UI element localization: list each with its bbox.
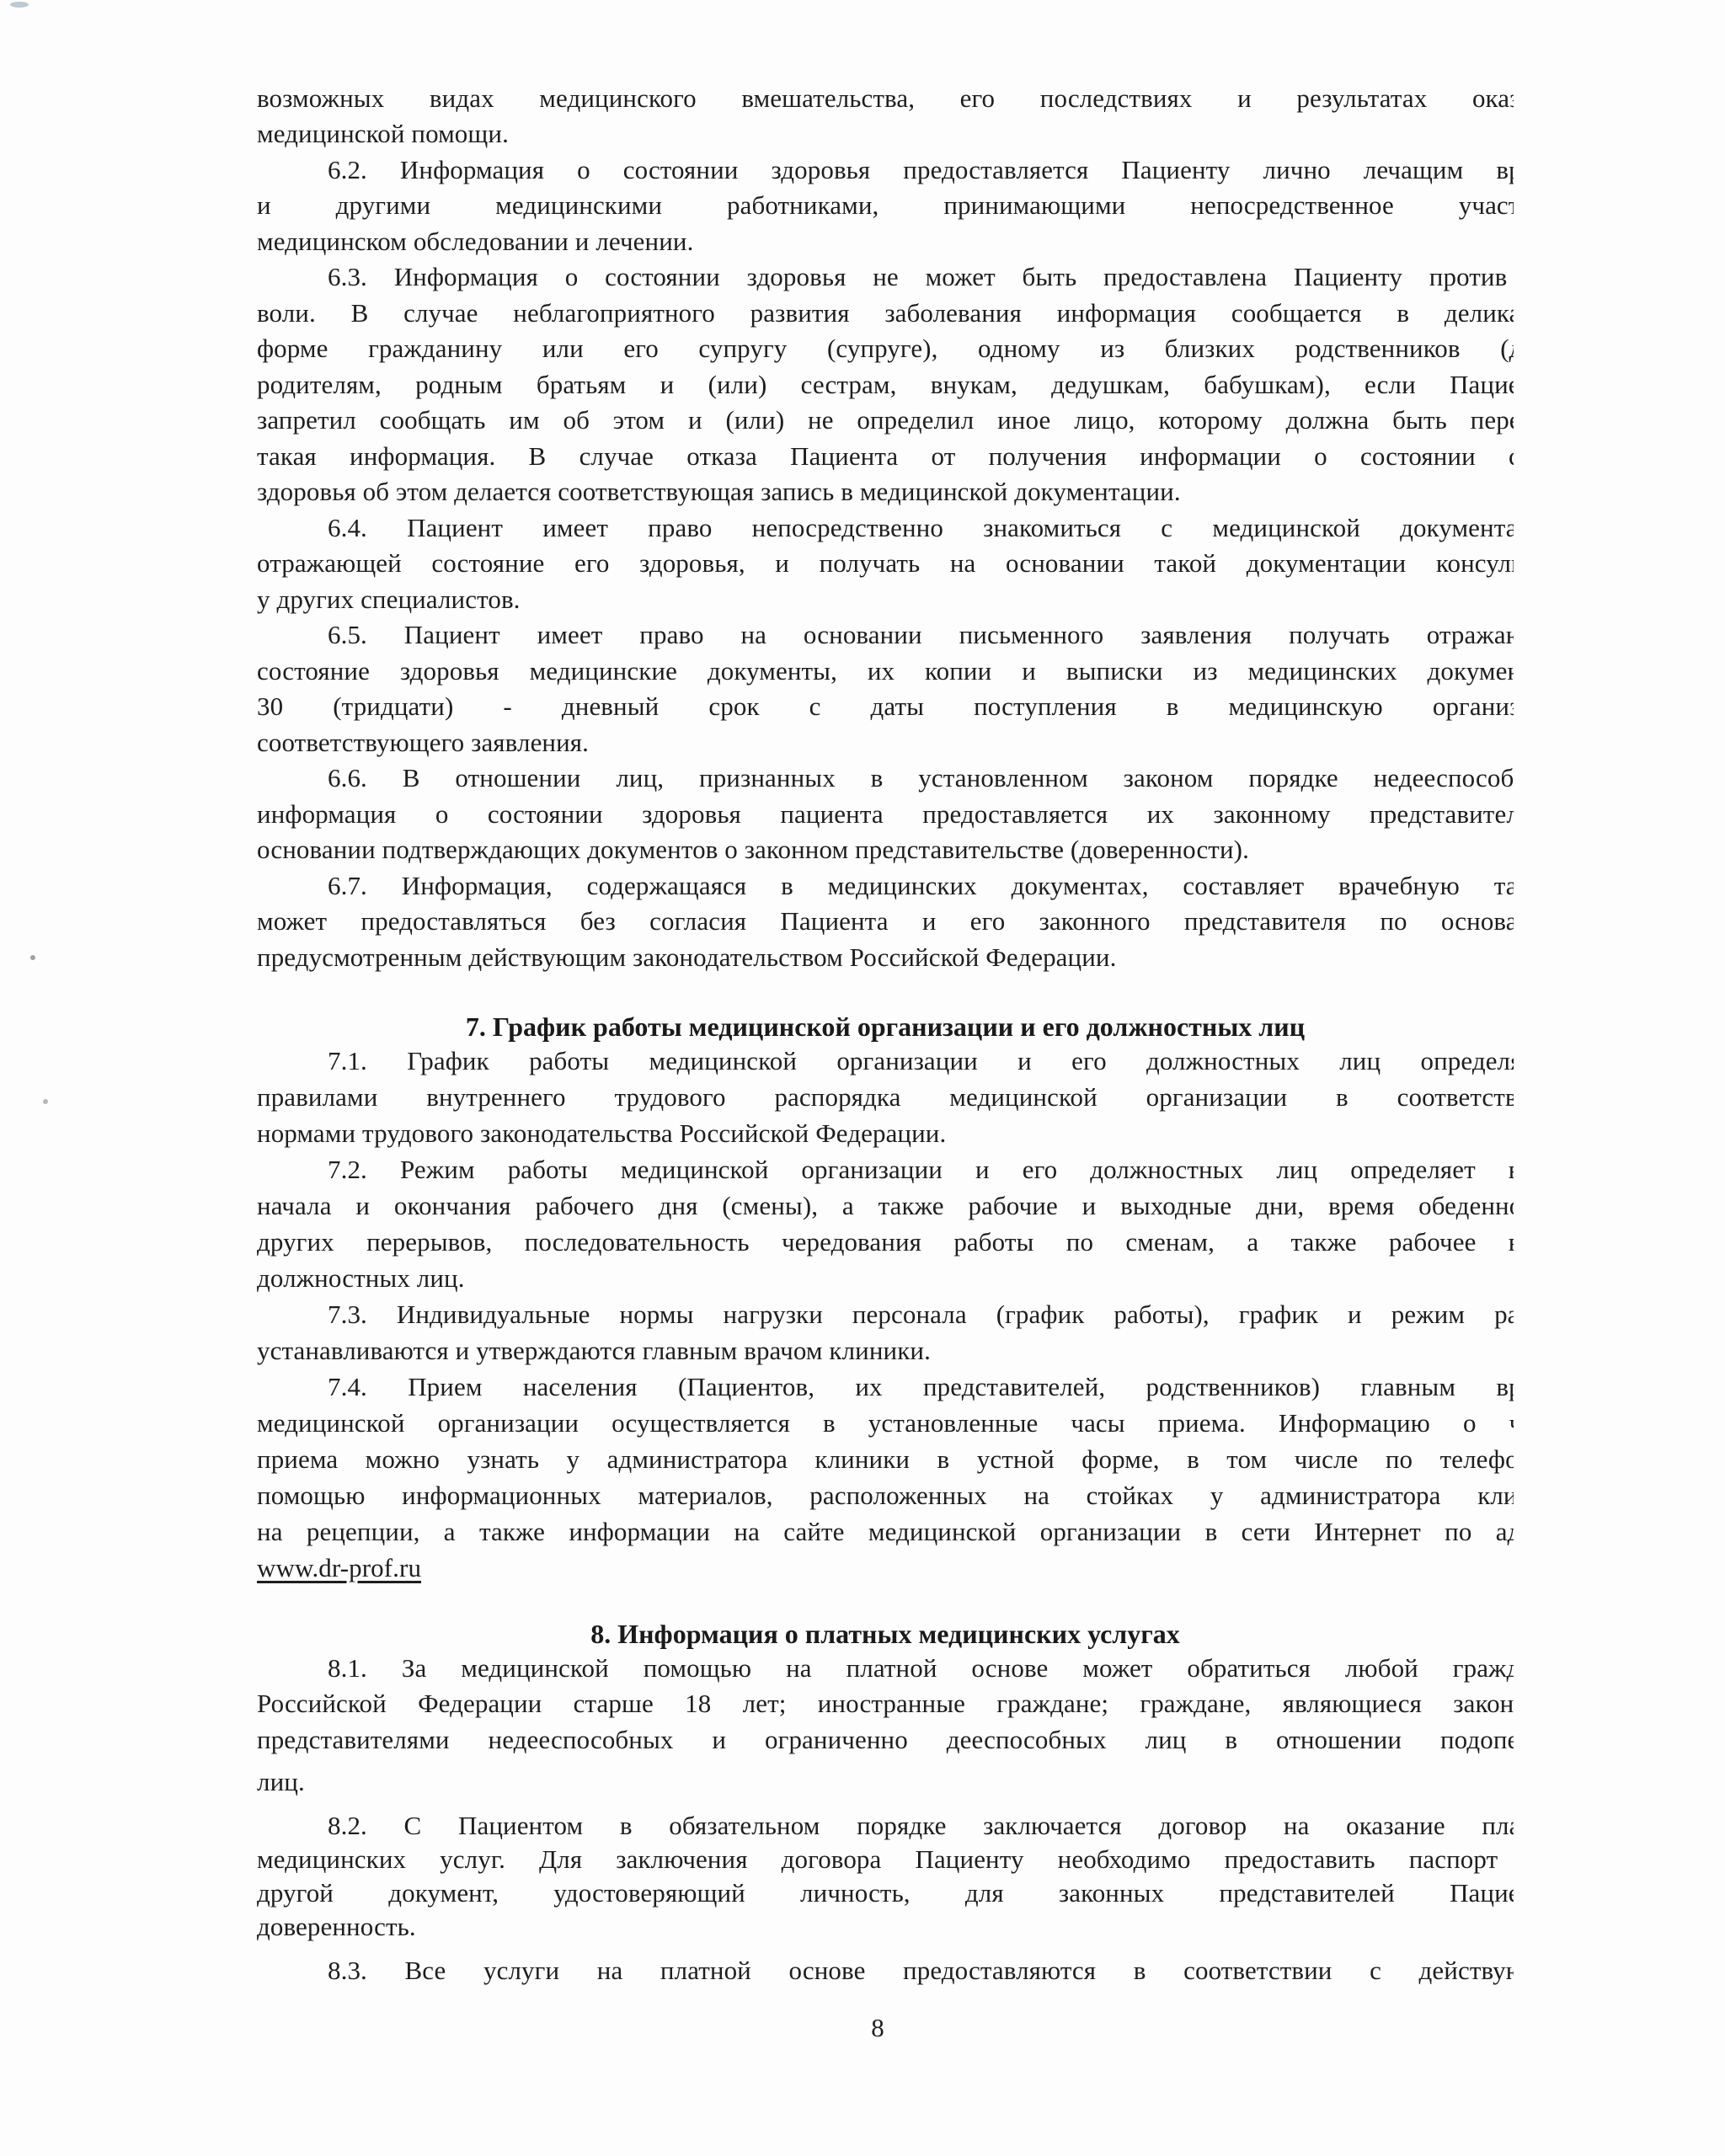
text-line: запретил сообщать им об этом и (или) не … bbox=[257, 403, 1514, 437]
text-line: основании подтверждающих документов о за… bbox=[257, 833, 1249, 867]
text-line: родителям, родным братьям и (или) сестра… bbox=[257, 368, 1514, 402]
text-line: доверенность. bbox=[257, 1910, 416, 1944]
text-line: должностных лиц. bbox=[257, 1262, 465, 1295]
scanned-page: возможных видах медицинского вмешательст… bbox=[0, 0, 1725, 2156]
text-line: представителями недееспособных и огранич… bbox=[257, 1723, 1514, 1757]
text-line: других перерывов, последовательность чер… bbox=[257, 1225, 1514, 1259]
text-line: воли. В случае неблагоприятного развития… bbox=[257, 296, 1514, 330]
website-link[interactable]: www.dr-prof.ru bbox=[257, 1553, 421, 1582]
scan-speck bbox=[30, 955, 35, 960]
paragraph-7-3: 7.3. Индивидуальные нормы нагрузки персо… bbox=[328, 1298, 1514, 1331]
text-line: такая информация. В случае отказа Пациен… bbox=[257, 440, 1514, 473]
text-line: правилами внутреннего трудового распоряд… bbox=[257, 1081, 1514, 1114]
text-line: медицинских услуг. Для заключения догово… bbox=[257, 1843, 1514, 1876]
text-line: Российской Федерации старше 18 лет; инос… bbox=[257, 1687, 1514, 1721]
text-line: на рецепции, а также информации на сайте… bbox=[257, 1515, 1514, 1549]
paragraph-6-5: 6.5. Пациент имеет право на основании пи… bbox=[328, 618, 1514, 652]
paragraph-6-2: 6.2. Информация о состоянии здоровья пре… bbox=[328, 153, 1514, 187]
text-line: форме гражданину или его супругу (супруг… bbox=[257, 332, 1514, 366]
text-line: медицинской организации осуществляется в… bbox=[257, 1406, 1514, 1440]
paragraph-8-2: 8.2. С Пациентом в обязательном порядке … bbox=[328, 1809, 1514, 1843]
text-line: может предоставляться без согласия Пацие… bbox=[257, 905, 1514, 938]
text-line: предусмотренным действующим законодатель… bbox=[257, 941, 1116, 974]
text-line: информация о состоянии здоровья пациента… bbox=[257, 798, 1514, 831]
paragraph-8-1: 8.1. За медицинской помощью на платной о… bbox=[328, 1652, 1514, 1685]
text-line: начала и окончания рабочего дня (смены),… bbox=[257, 1189, 1514, 1223]
text-line: соответствующего заявления. bbox=[257, 726, 589, 760]
text-line: помощью информационных материалов, распо… bbox=[257, 1479, 1514, 1513]
text-line: лиц. bbox=[257, 1765, 305, 1799]
website-line: www.dr-prof.ru bbox=[257, 1551, 421, 1585]
text-line: здоровья об этом делается соответствующа… bbox=[257, 475, 1181, 509]
page-number: 8 bbox=[861, 2011, 895, 2045]
text-line: приема можно узнать у администратора кли… bbox=[257, 1443, 1514, 1476]
text-line: нормами трудового законодательства Росси… bbox=[257, 1117, 946, 1150]
text-line: и другими медицинскими работниками, прин… bbox=[257, 189, 1514, 222]
text-line: медицинском обследовании и лечении. bbox=[257, 225, 693, 259]
paragraph-8-3: 8.3. Все услуги на платной основе предос… bbox=[328, 1954, 1514, 1988]
paragraph-6-7: 6.7. Информация, содержащаяся в медицинс… bbox=[328, 869, 1514, 903]
text-line: отражающей состояние его здоровья, и пол… bbox=[257, 547, 1514, 580]
paragraph-7-1: 7.1. График работы медицинской организац… bbox=[328, 1044, 1514, 1078]
text-line: другой документ, удостоверяющий личность… bbox=[257, 1876, 1514, 1910]
paragraph-6-6: 6.6. В отношении лиц, признанных в устан… bbox=[328, 761, 1514, 795]
text-line: устанавливаются и утверждаются главным в… bbox=[257, 1334, 931, 1368]
section-8-heading: 8. Информация о платных медицинских услу… bbox=[257, 1617, 1514, 1651]
scan-speck bbox=[43, 1099, 48, 1104]
text-line: возможных видах медицинского вмешательст… bbox=[257, 82, 1514, 115]
section-7-heading: 7. График работы медицинской организации… bbox=[257, 1010, 1514, 1043]
text-body: возможных видах медицинского вмешательст… bbox=[257, 0, 1514, 2156]
scan-speck bbox=[10, 2, 29, 8]
text-line: медицинской помощи. bbox=[257, 117, 509, 151]
text-line: состояние здоровья медицинские документы… bbox=[257, 654, 1514, 688]
paragraph-6-4: 6.4. Пациент имеет право непосредственно… bbox=[328, 511, 1514, 545]
paragraph-7-4: 7.4. Прием населения (Пациентов, их пред… bbox=[328, 1370, 1514, 1404]
text-line: у других специалистов. bbox=[257, 583, 521, 616]
paragraph-7-2: 7.2. Режим работы медицинской организаци… bbox=[328, 1153, 1514, 1187]
text-line: 30 (тридцати) - дневный срок с даты пост… bbox=[257, 690, 1514, 723]
paragraph-6-3: 6.3. Информация о состоянии здоровья не … bbox=[328, 260, 1514, 294]
